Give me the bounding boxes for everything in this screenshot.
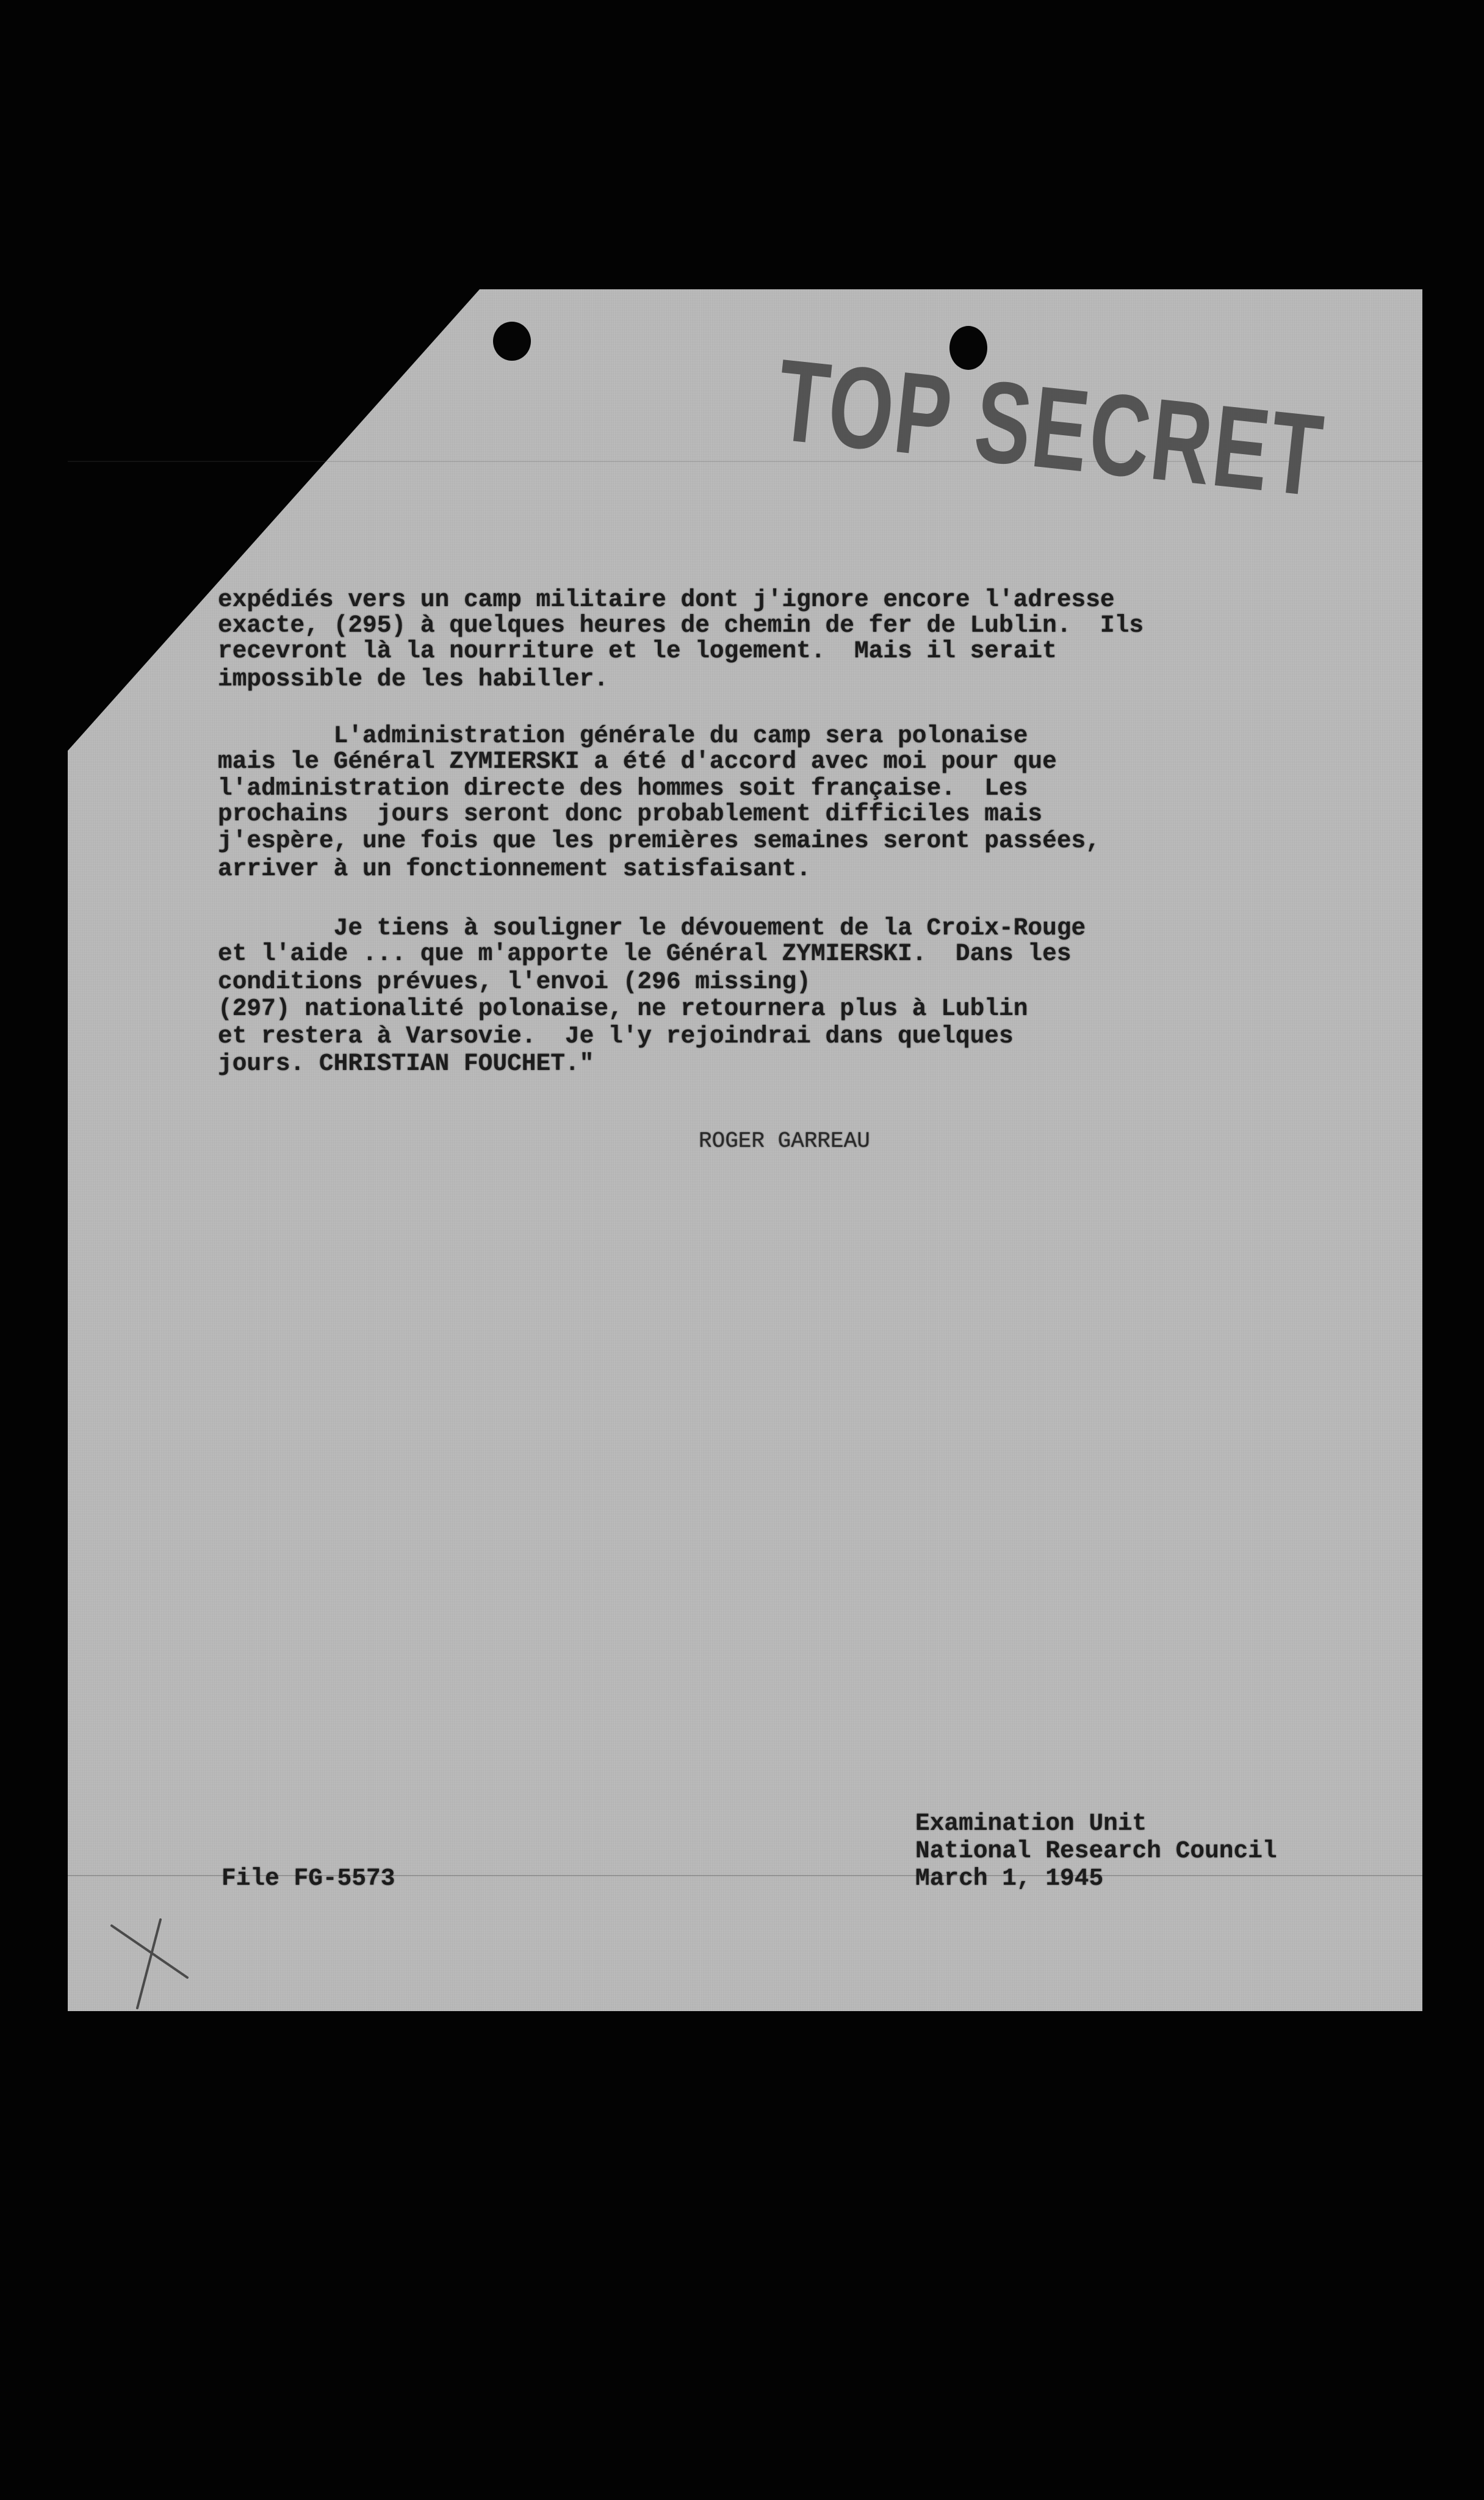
footer-council: National Research Council [915, 1837, 1277, 1865]
text-line: et l'aide ... que m'apporte le Général Z… [218, 940, 1072, 967]
text-line: j'espère, une fois que les premières sem… [218, 827, 1100, 854]
file-reference: File FG-5573 [222, 1865, 395, 1892]
text-line: prochains jours seront donc probablement… [218, 800, 1042, 828]
text-line: Je tiens à souligner le dévouement de la… [218, 914, 1086, 942]
text-line: et restera à Varsovie. Je l'y rejoindrai… [218, 1022, 1014, 1050]
text-line: l'administration directe des hommes soit… [218, 775, 1028, 802]
signature: ROGER GARREAU [699, 1127, 870, 1155]
text-line: (297) nationalité polonaise, ne retourne… [218, 995, 1028, 1022]
text-line: impossible de les habiller. [218, 665, 608, 693]
text-line: expédiés vers un camp militaire dont j'i… [218, 586, 1115, 613]
text-line: arriver à un fonctionnement satisfaisant… [218, 855, 811, 883]
text-line: jours. CHRISTIAN FOUCHET." [218, 1050, 594, 1077]
handwritten-x-mark [107, 1917, 192, 2011]
text-line: mais le Général ZYMIERSKI a été d'accord… [218, 748, 1057, 775]
punch-hole-left [493, 322, 531, 361]
fold-line [68, 461, 1422, 462]
text-line: recevront là la nourriture et le logemen… [218, 637, 1057, 665]
footer-date: March 1, 1945 [915, 1865, 1103, 1892]
text-line: L'administration générale du camp sera p… [218, 722, 1028, 750]
text-line: exacte, (295) à quelques heures de chemi… [218, 612, 1144, 639]
footer-unit: Examination Unit [915, 1810, 1147, 1837]
text-line: conditions prévues, l'envoi (296 missing… [218, 968, 811, 995]
